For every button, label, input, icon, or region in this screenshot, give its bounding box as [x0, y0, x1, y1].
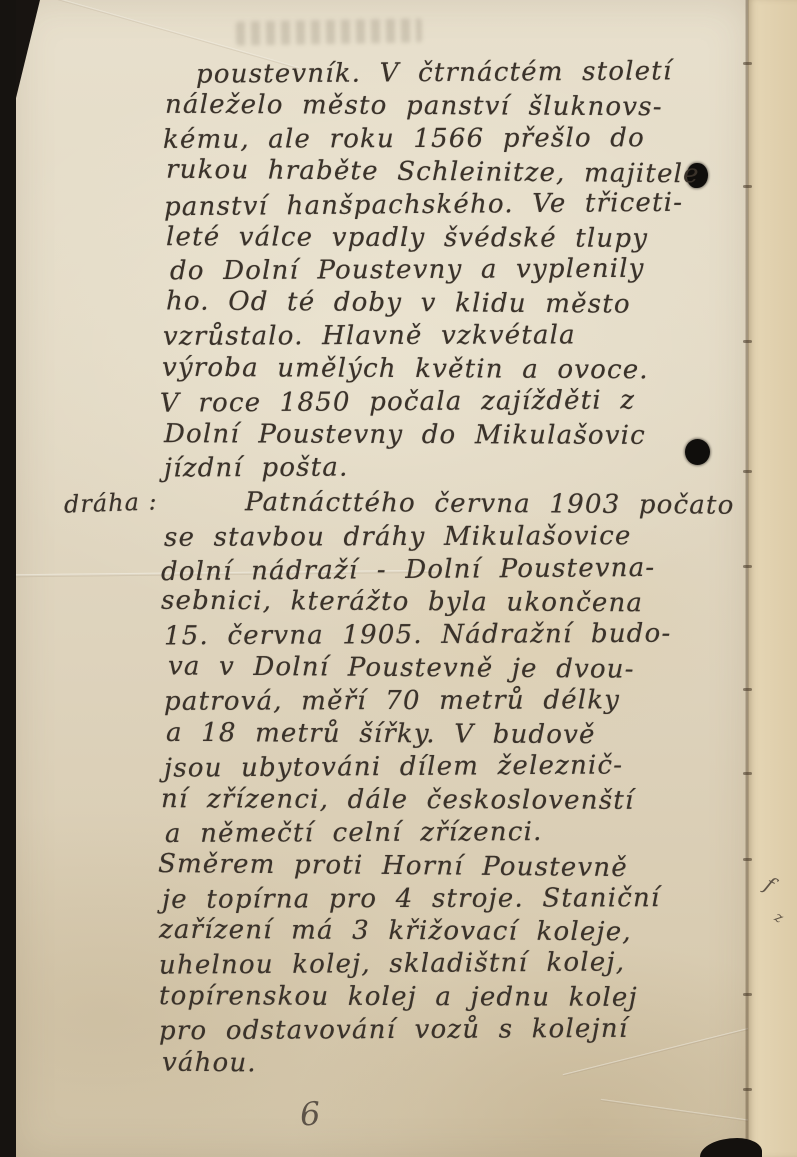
manuscript-line: pro odstavování vozů s kolejní: [159, 1014, 628, 1046]
manuscript-line: leté válce vpadly švédské tlupy: [166, 222, 648, 254]
manuscript-line: ho. Od té doby v klidu město: [166, 287, 631, 320]
manuscript-line: sebnici, kterážto byla ukončena: [161, 586, 643, 619]
manuscript-line: rukou hraběte Schleinitze, majitele: [166, 154, 700, 189]
manuscript-line: výroba umělých květin a ovoce.: [162, 353, 649, 386]
stitch-mark: [743, 772, 752, 775]
manuscript-line: panství hanšpachského. Ve třiceti-: [164, 187, 683, 222]
manuscript-line: poustevník. V čtrnáctém století: [196, 56, 673, 89]
manuscript-line: kému, ale roku 1566 přešlo do: [163, 123, 645, 155]
manuscript-line: ní zřízenci, dále českoslovenští: [161, 784, 635, 816]
manuscript-line: váhou.: [162, 1048, 257, 1079]
manuscript-line: jsou ubytováni dílem železnič-: [164, 750, 623, 783]
stitch-mark: [743, 565, 752, 568]
page-number: 6: [299, 1094, 322, 1133]
manuscript-line: Směrem proti Horní Poustevně: [158, 849, 628, 883]
stitch-mark: [743, 470, 752, 473]
manuscript-line: Dolní Poustevny do Mikulašovic: [164, 419, 646, 451]
manuscript-line: do Dolní Poustevny a vyplenily: [170, 254, 645, 286]
stitch-mark: [743, 185, 752, 188]
manuscript-line: a němečtí celní zřízenci.: [165, 817, 543, 849]
stamp-bleedthrough: [236, 18, 422, 45]
manuscript-line: náleželo město panství šluknovs-: [165, 90, 663, 123]
manuscript-line: a 18 metrů šířky. V budově: [166, 718, 596, 750]
manuscript-line: patrová, měří 70 metrů délky: [164, 685, 620, 717]
hole-punch-dot-lower: [685, 439, 710, 465]
manuscript-line: dolní nádraží - Dolní Poustevna-: [161, 552, 656, 586]
manuscript-line: se stavbou dráhy Mikulašovice: [164, 521, 632, 553]
stitch-mark: [743, 993, 752, 996]
stitch-mark: [743, 1088, 752, 1091]
manuscript-line: vzrůstalo. Hlavně vzkvétala: [163, 320, 576, 351]
manuscript-line: V roce 1850 počala zajížděti z: [160, 385, 635, 418]
manuscript-line: topírenskou kolej a jednu kolej: [159, 981, 638, 1013]
stitched-page-fold: [745, 0, 749, 1157]
margin-note-draha: dráha :: [64, 487, 159, 518]
manuscript-line: zařízení má 3 křižovací koleje,: [159, 915, 632, 947]
manuscript-line: jízdní pošta.: [164, 452, 349, 483]
stitch-mark: [743, 340, 752, 343]
manuscript-line: 15. června 1905. Nádražní budo-: [164, 619, 672, 652]
manuscript-line: uhelnou kolej, skladištní kolej,: [159, 948, 625, 981]
next-page-edge: [748, 0, 797, 1157]
stitch-mark: [743, 62, 752, 65]
stitch-mark: [743, 858, 752, 861]
stitch-mark: [743, 688, 752, 691]
manuscript-line: Patnácttého června 1903 počato: [245, 487, 735, 520]
manuscript-line: va v Dolní Poustevně je dvou-: [168, 652, 635, 685]
manuscript-line: je topírna pro 4 stroje. Staniční: [162, 883, 661, 915]
